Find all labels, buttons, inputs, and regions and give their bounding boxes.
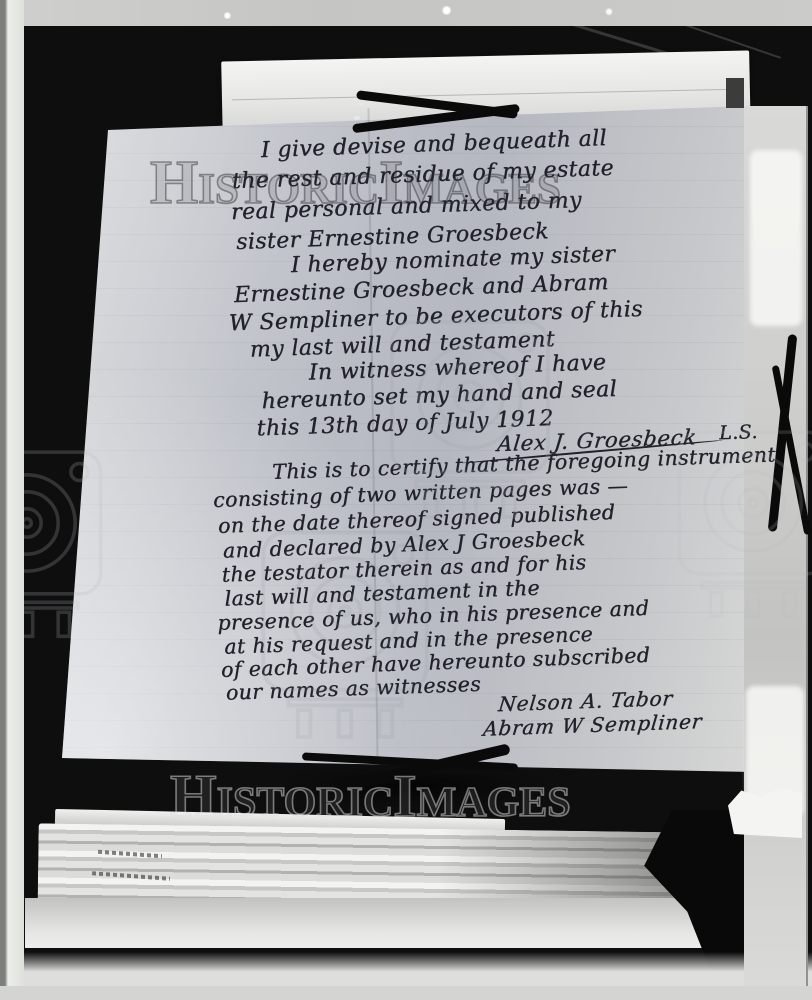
- dark-square: [726, 78, 744, 108]
- clip-shadow: [284, 772, 546, 808]
- handwriting: I give devise and bequeath all the rest …: [148, 104, 795, 775]
- seal-mark: L.S.: [719, 421, 758, 444]
- pin-eye: [358, 102, 364, 106]
- press-photo: I give devise and bequeath all the rest …: [0, 0, 812, 1000]
- stack-base: [25, 898, 760, 948]
- foreground-blur: [0, 952, 812, 988]
- top-margin: [0, 0, 812, 26]
- left-margin: [0, 0, 24, 1000]
- bottom-margin: [0, 986, 812, 1000]
- torn-paper-patch: [728, 788, 802, 838]
